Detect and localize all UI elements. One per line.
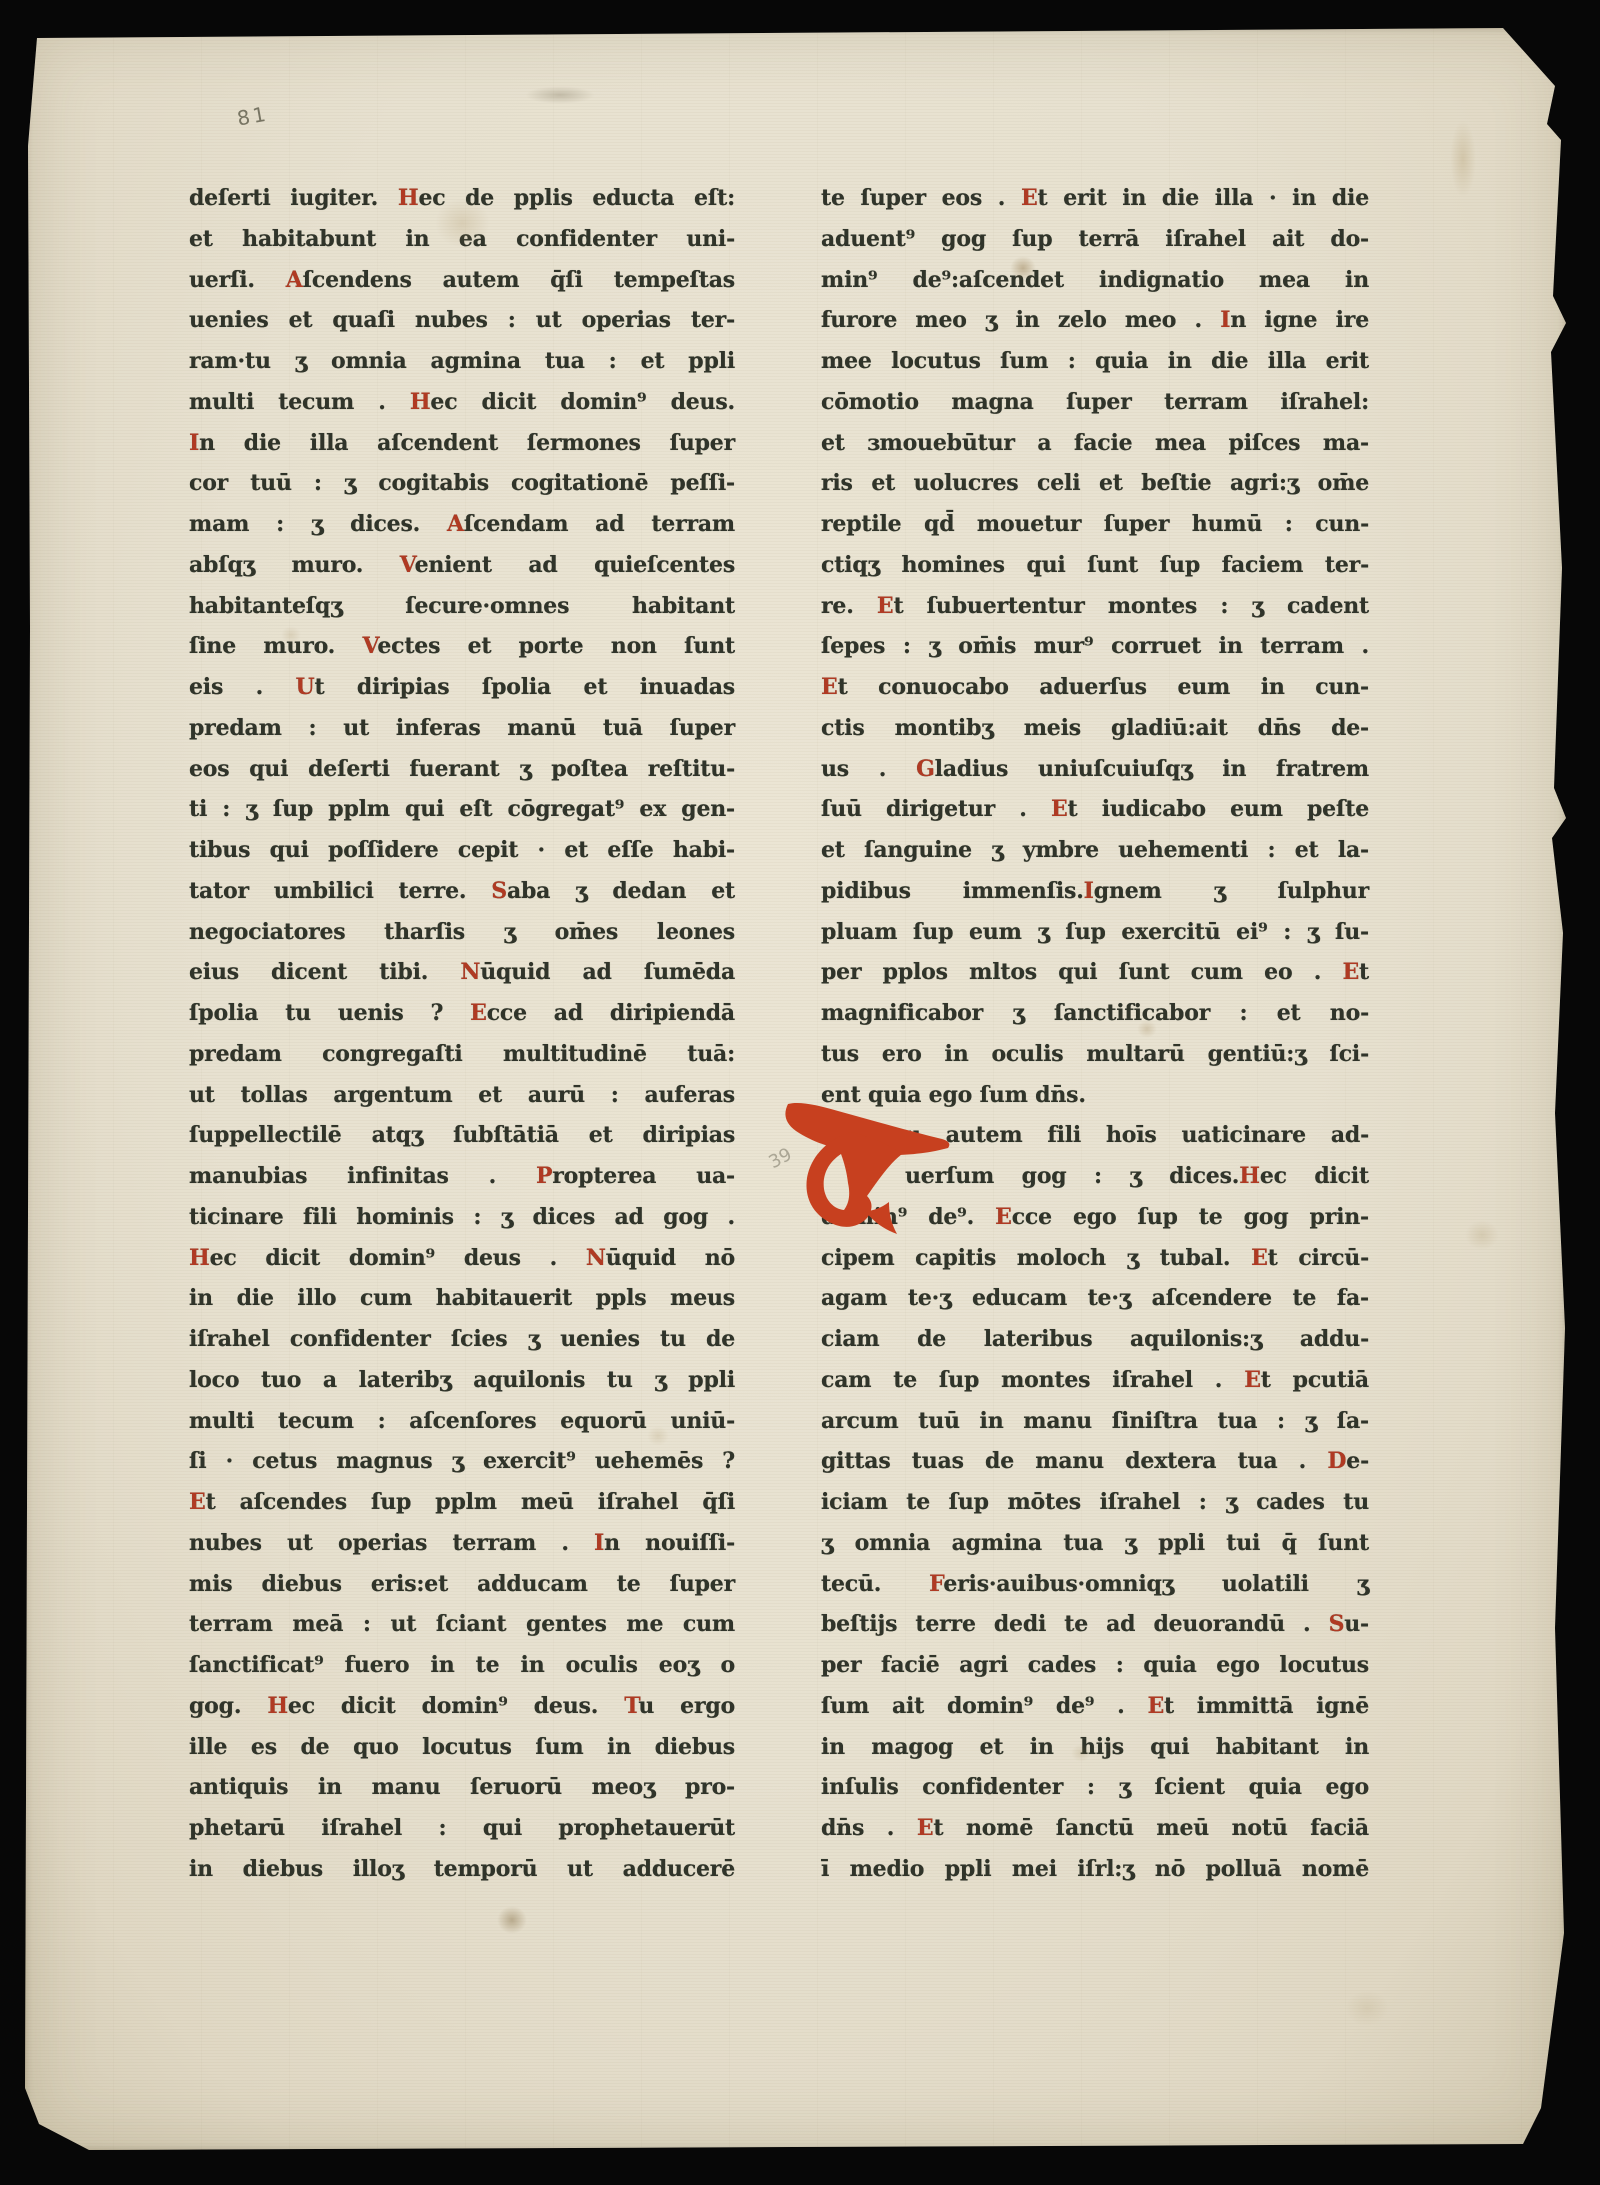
text-line: loco tuo a lateribʒ aquilonis tu ʒ ppli xyxy=(189,1360,735,1401)
text-line: ʒ omnia agmina tua ʒ ppli tui q̄ ſunt xyxy=(821,1523,1369,1564)
text-line: ſanctificat⁹ fuero in te in oculis eoʒ o xyxy=(189,1645,735,1686)
text-line: ciam de lateribus aquilonis:ʒ addu- xyxy=(821,1319,1369,1360)
text-line: inſulis confidenter : ʒ ſcient quia ego xyxy=(821,1767,1369,1808)
text-line: Hec dicit domin⁹ deus . Nūquid nō xyxy=(189,1238,735,1279)
text-line: tecū. Feris·auibus·omniqʒ uolatili ʒ xyxy=(821,1564,1369,1605)
text-line: in die illo cum habitauerit ppls meus xyxy=(189,1278,735,1319)
text-line: eius dicent tibi. Nūquid ad ſumēda xyxy=(189,952,735,993)
text-line: re. Et ſubuertentur montes : ʒ cadent xyxy=(821,586,1369,627)
text-line: et ɜmouebūtur a facie mea piſces ma- xyxy=(821,423,1369,464)
text-line: mis diebus eris:et adducam te ſuper xyxy=(189,1564,735,1605)
text-line: habitanteſqʒ ſecure·omnes habitant xyxy=(189,586,735,627)
text-line: et ſanguine ʒ ymbre uehementi : et la- xyxy=(821,830,1369,871)
text-line: gog. Hec dicit domin⁹ deus. Tu ergo xyxy=(189,1686,735,1727)
text-line: ut tollas argentum et aurū : auferas xyxy=(189,1075,735,1116)
text-line: per faciē agri cades : quia ego locutus xyxy=(821,1645,1369,1686)
text-line: mam : ʒ dices. Aſcendam ad terram xyxy=(189,504,735,545)
text-line: iſrahel confidenter ſcies ʒ uenies tu de xyxy=(189,1319,735,1360)
text-line: ctiqʒ homines qui ſunt ſup faciem ter- xyxy=(821,545,1369,586)
text-line: In die illa aſcendent ſermones ſuper xyxy=(189,423,735,464)
text-line: ctis montibʒ meis gladiū:ait dn̄s de- xyxy=(821,708,1369,749)
text-line: pidibus immenſis.Ignem ʒ ſulphur xyxy=(821,871,1369,912)
text-line: gittas tuas de manu dextera tua . De- xyxy=(821,1441,1369,1482)
text-line: agam te·ʒ educam te·ʒ aſcendere te fa- xyxy=(821,1278,1369,1319)
text-line: uerſi. Aſcendens autem q̄ſi tempeſtas xyxy=(189,260,735,301)
text-line: iciam te ſup mōtes iſrahel : ʒ cades tu xyxy=(821,1482,1369,1523)
text-line: ticinare fili hominis : ʒ dices ad gog . xyxy=(189,1197,735,1238)
text-line: abſqʒ muro. Venient ad quieſcentes xyxy=(189,545,735,586)
text-line: ſepes : ʒ om̄is mur⁹ corruet in terram . xyxy=(821,626,1369,667)
stain xyxy=(525,86,595,104)
text-line: furore meo ʒ in zelo meo . In igne ire xyxy=(821,300,1369,341)
text-column-right: te ſuper eos . Et erit in die illa · in … xyxy=(821,178,1369,1890)
text-line: ſuū dirigetur . Et iudicabo eum peſte xyxy=(821,789,1369,830)
text-line: Et aſcendes ſup pplm meū iſrahel q̄ſi xyxy=(189,1482,735,1523)
text-line: eis . Ut diripias ſpolia et inuadas xyxy=(189,667,735,708)
text-line: mee locutus ſum : quia in die illa erit xyxy=(821,341,1369,382)
text-line: ī medio ppli mei iſrl:ʒ nō polluā nomē xyxy=(821,1849,1369,1890)
text-line: cam te ſup montes iſrahel . Et pcutiā xyxy=(821,1360,1369,1401)
text-line: magnificabor ʒ ſanctificabor : et no- xyxy=(821,993,1369,1034)
text-line: ſpolia tu uenis ? Ecce ad diripiendā xyxy=(189,993,735,1034)
text-line: Et conuocabo aduerſus eum in cun- xyxy=(821,667,1369,708)
text-line: cōmotio magna ſuper terram iſrahel: xyxy=(821,382,1369,423)
text-line: tator umbilici terre. Saba ʒ dedan et xyxy=(189,871,735,912)
text-line: negociatores tharſis ʒ om̄es leones xyxy=(189,912,735,953)
text-line: aduent⁹ gog ſup terrā iſrahel ait do- xyxy=(821,219,1369,260)
text-line: uenies et quaſi nubes : ut operias ter- xyxy=(189,300,735,341)
text-line: arcum tuū in manu ſiniſtra tua : ʒ ſa- xyxy=(821,1401,1369,1442)
illuminated-initial-T xyxy=(778,1092,956,1240)
text-line: ſum ait domin⁹ de⁹ . Et immittā ignē xyxy=(821,1686,1369,1727)
text-line: pluam ſup eum ʒ ſup exercitū ei⁹ : ʒ ſu- xyxy=(821,912,1369,953)
text-line: predam congregaſti multitudinē tuā: xyxy=(189,1034,735,1075)
text-line: antiquis in manu ſeruorū meoʒ pro- xyxy=(189,1767,735,1808)
text-line: nubes ut operias terram . In nouiſſi- xyxy=(189,1523,735,1564)
text-line: tibus qui poſſidere cepit · et eſſe habi… xyxy=(189,830,735,871)
text-line: et habitabunt in ea confidenter uni- xyxy=(189,219,735,260)
text-line: beſtijs terre dedi te ad deuorandū . Su- xyxy=(821,1604,1369,1645)
text-column-left: deſerti iugiter. Hec de pplis educta eſt… xyxy=(189,178,735,1890)
stain xyxy=(1465,1220,1499,1250)
text-line: us . Gladius uniuſcuiuſqʒ in fratrem xyxy=(821,749,1369,790)
text-line: in diebus illoʒ temporū ut adducerē xyxy=(189,1849,735,1890)
photograph-background: 81 39 deſerti iugiter. Hec de pplis educ… xyxy=(0,0,1600,2185)
text-line: terram meā : ut ſciant gentes me cum xyxy=(189,1604,735,1645)
text-line: deſerti iugiter. Hec de pplis educta eſt… xyxy=(189,178,735,219)
pencil-mark-top-left: 81 xyxy=(235,101,270,130)
text-line: in magog et in hijs qui habitant in xyxy=(821,1727,1369,1768)
text-line: ſuppellectilē atqʒ ſubſtātiā et diripias xyxy=(189,1115,735,1156)
text-line: ti : ʒ ſup pplm qui eſt cōgregat⁹ ex gen… xyxy=(189,789,735,830)
text-line: phetarū iſrahel : qui prophetauerūt xyxy=(189,1808,735,1849)
text-line: dn̄s . Et nomē ſanctū meū notū faciā xyxy=(821,1808,1369,1849)
text-line: ſine muro. Vectes et porte non ſunt xyxy=(189,626,735,667)
manuscript-page: 81 39 deſerti iugiter. Hec de pplis educ… xyxy=(25,28,1566,2150)
text-line: eos qui deſerti fuerant ʒ poſtea reſtitu… xyxy=(189,749,735,790)
text-line: cor tuū : ʒ cogitabis cogitationē peſſi- xyxy=(189,463,735,504)
text-line: manubias infinitas . Propterea ua- xyxy=(189,1156,735,1197)
stain xyxy=(1450,120,1476,198)
text-line: te ſuper eos . Et erit in die illa · in … xyxy=(821,178,1369,219)
text-line: ram·tu ʒ omnia agmina tua : et ppli xyxy=(189,341,735,382)
text-line: predam : ut inferas manū tuā ſuper xyxy=(189,708,735,749)
text-line: ille es de quo locutus ſum in diebus xyxy=(189,1727,735,1768)
text-line: multi tecum . Hec dicit domin⁹ deus. xyxy=(189,382,735,423)
text-line: ſi · cetus magnus ʒ exercit⁹ uehemēs ? xyxy=(189,1441,735,1482)
stain xyxy=(497,1906,527,1934)
stain xyxy=(1345,1990,1389,2026)
text-line: cipem capitis moloch ʒ tubal. Et circū- xyxy=(821,1238,1369,1279)
text-line: reptile qd̄ mouetur ſuper humū : cun- xyxy=(821,504,1369,545)
text-line: per pplos mltos qui ſunt cum eo . Et xyxy=(821,952,1369,993)
text-line: multi tecum : aſcenſores equorū uniū- xyxy=(189,1401,735,1442)
text-line: ris et uolucres celi et beſtie agri:ʒ om… xyxy=(821,463,1369,504)
text-line: min⁹ de⁹:aſcendet indignatio mea in xyxy=(821,260,1369,301)
text-line: tus ero in oculis multarū gentiū:ʒ ſci- xyxy=(821,1034,1369,1075)
